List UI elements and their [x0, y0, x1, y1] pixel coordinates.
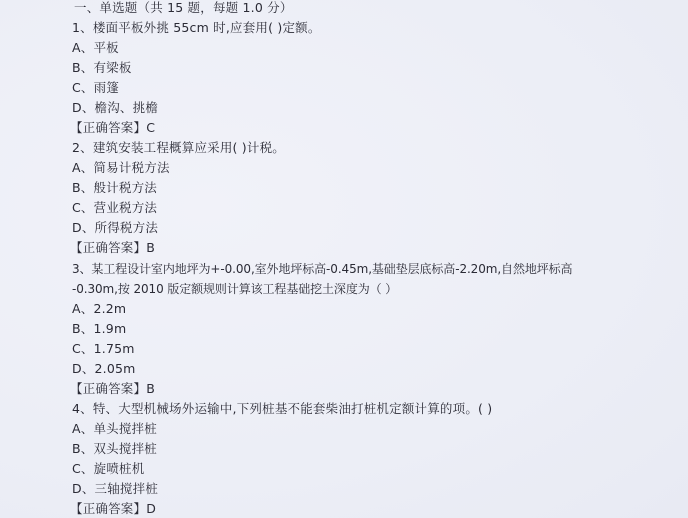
question-2-answer: 【正确答案】B [70, 238, 155, 258]
question-1-answer: 【正确答案】C [70, 118, 155, 138]
question-4-option-d: D、三轴搅拌桩 [72, 479, 158, 499]
question-3-answer: 【正确答案】B [70, 379, 155, 399]
question-4-answer: 【正确答案】D [70, 499, 156, 518]
question-2-option-d: D、所得税方法 [72, 218, 158, 238]
question-3-option-a: A、2.2m [72, 299, 126, 319]
question-1-option-a: A、平板 [72, 38, 119, 58]
question-3-stem: 3、某工程设计室内地坪为+-0.00,室外地坪标高-0.45m,基础垫层底标高-… [72, 259, 572, 279]
question-3-option-d: D、2.05m [72, 359, 136, 379]
question-2-option-a: A、简易计税方法 [72, 158, 170, 178]
question-4-option-c: C、旋喷桩机 [72, 459, 144, 479]
question-1-option-b: B、有梁板 [72, 58, 132, 78]
question-2-option-c: C、营业税方法 [72, 198, 157, 218]
question-4-option-a: A、单头搅拌桩 [72, 419, 157, 439]
question-1-option-d: D、檐沟、挑檐 [72, 98, 158, 118]
question-2-option-b: B、般计税方法 [72, 178, 157, 198]
question-4-option-b: B、双头搅拌桩 [72, 439, 157, 459]
question-2-stem: 2、建筑安装工程概算应采用( )计税。 [72, 138, 285, 158]
question-3-stem-continued: -0.30m,按 2010 版定额规则计算该工程基础挖土深度为（ ） [72, 279, 397, 299]
question-1-stem: 1、楼面平板外挑 55cm 时,应套用( )定额。 [72, 18, 321, 38]
question-3-option-c: C、1.75m [72, 339, 135, 359]
question-4-stem: 4、特、大型机械场外运输中,下列桩基不能套柴油打桩机定额计算的项。( ) [72, 399, 492, 419]
question-1-option-c: C、雨篷 [72, 78, 119, 98]
section-title: 一、单选题（共 15 题，每题 1.0 分） [74, 0, 293, 18]
question-3-option-b: B、1.9m [72, 319, 126, 339]
